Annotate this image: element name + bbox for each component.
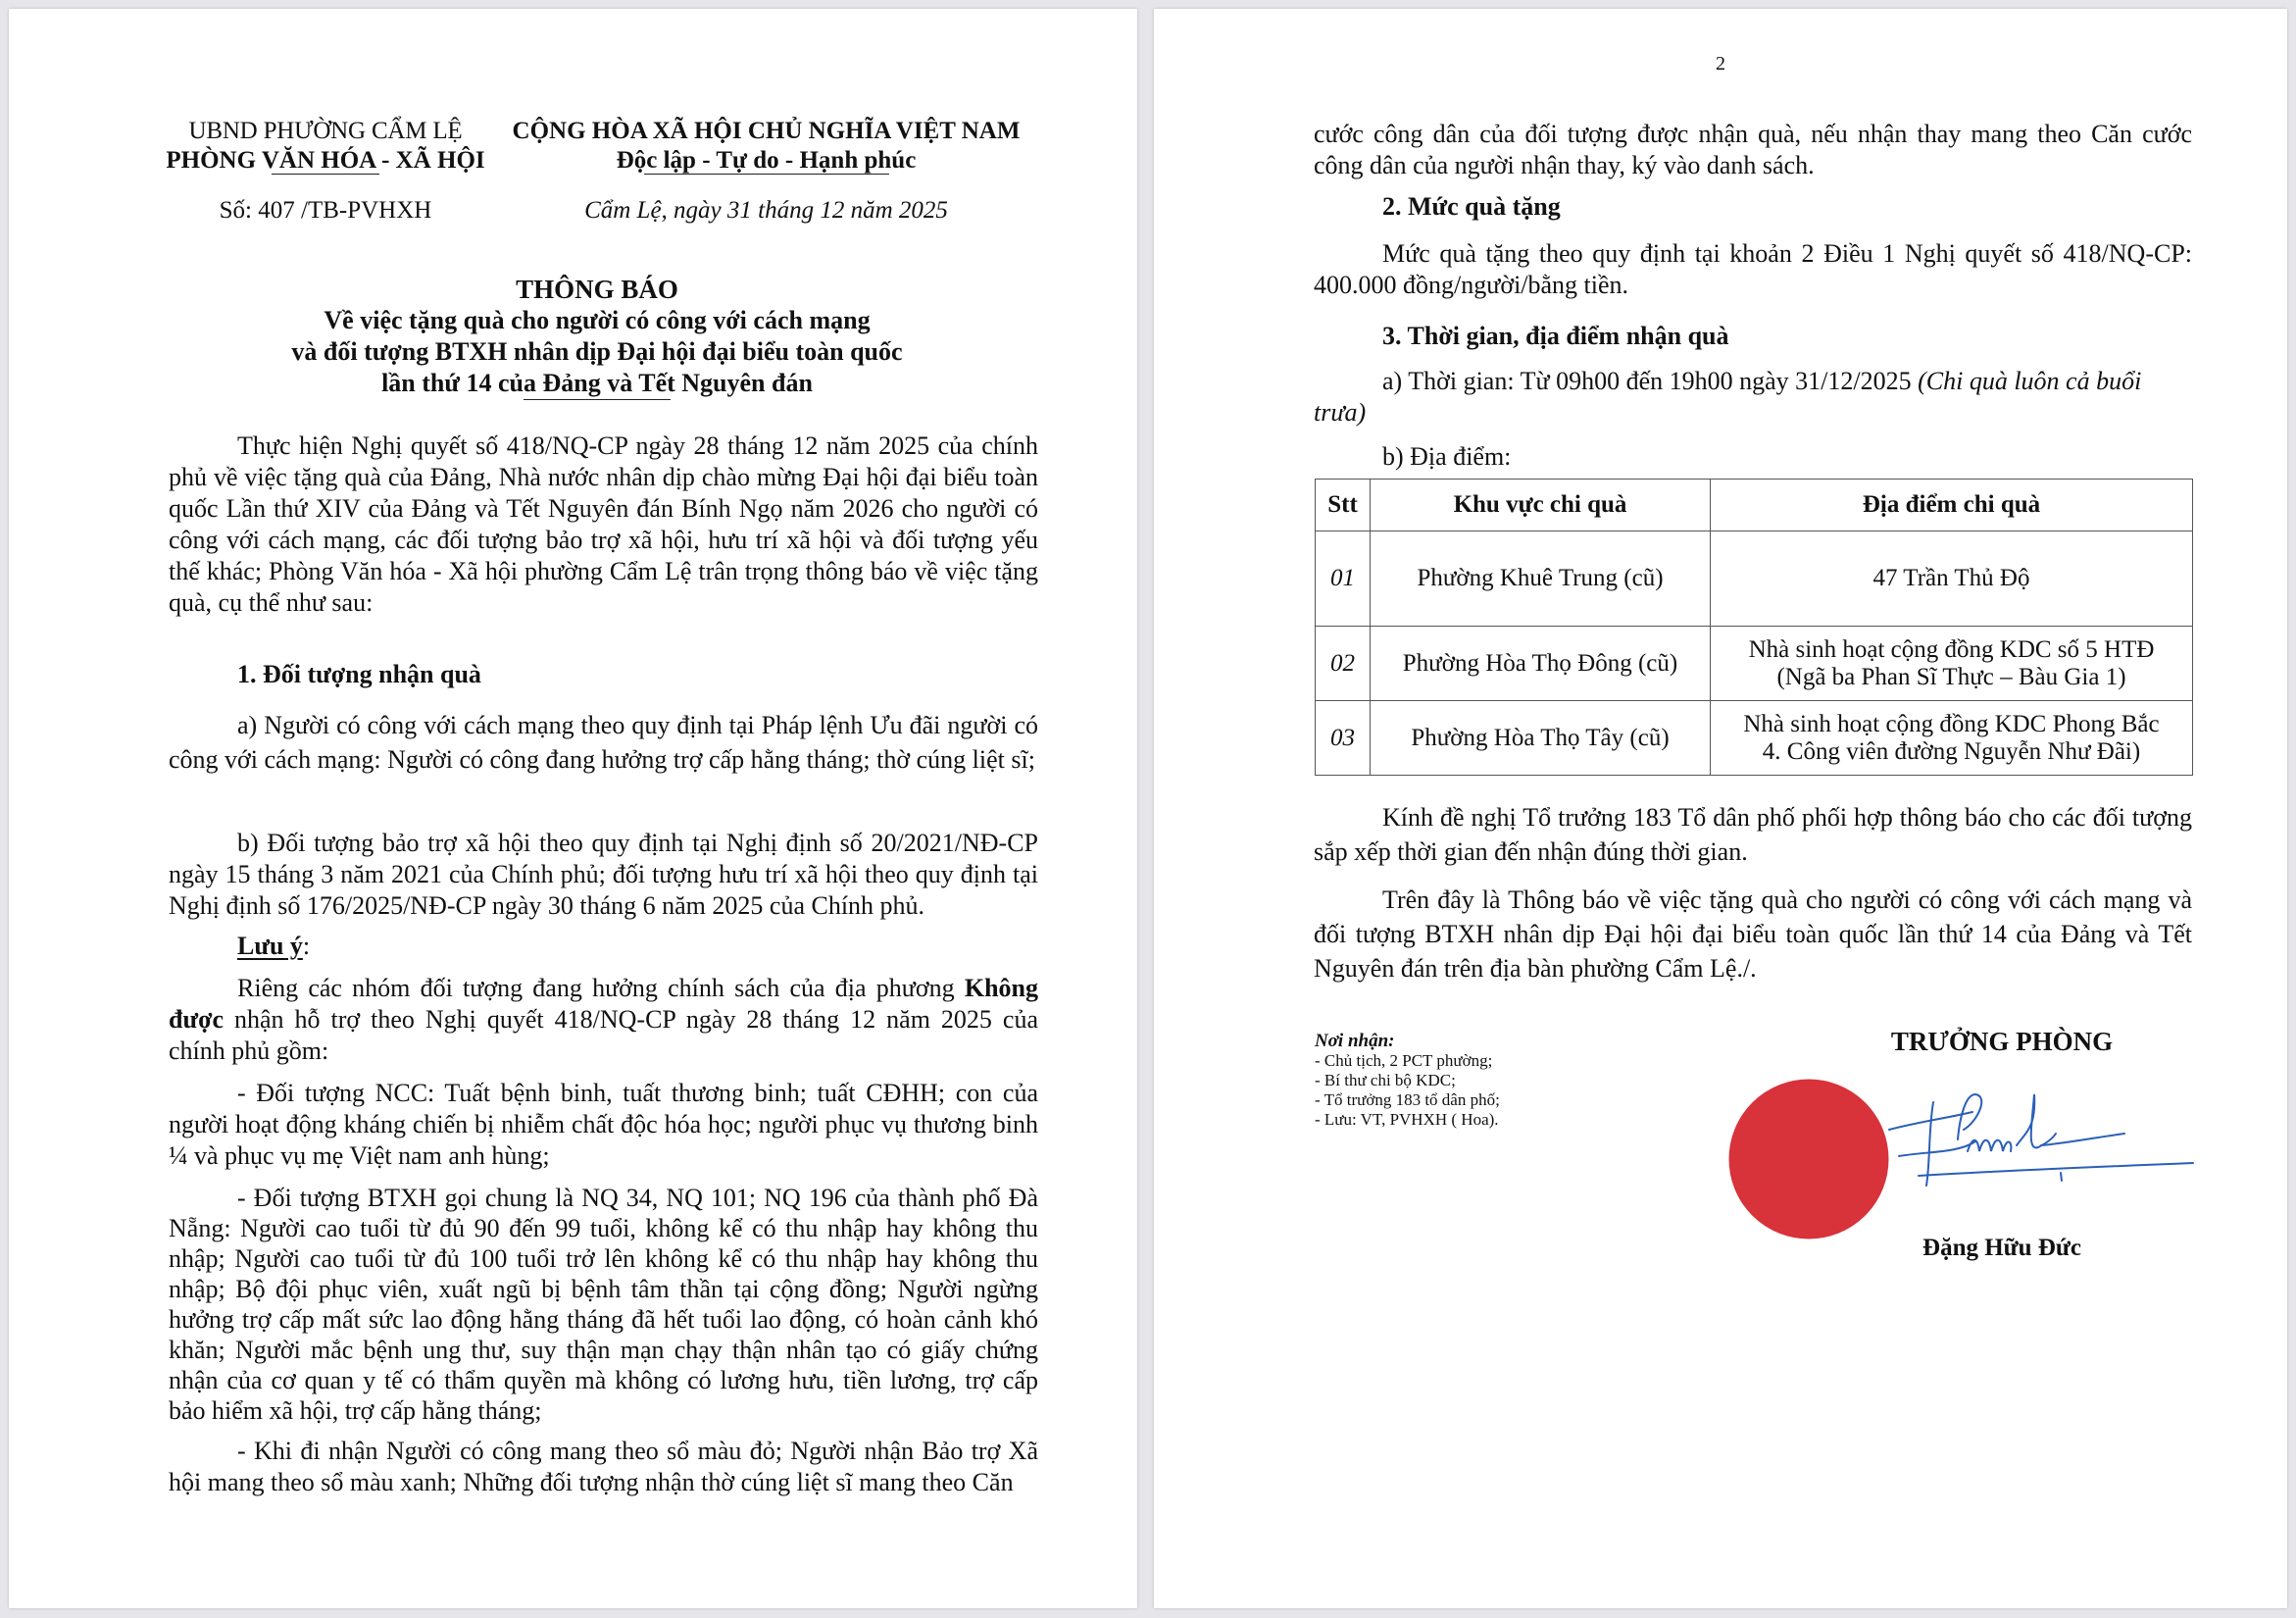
column-header-area: Khu vực chi quà [1371, 480, 1711, 531]
row-place: 47 Trần Thủ Độ [1711, 531, 2193, 627]
agency-name: PHÒNG VĂN HÓA - XÃ HỘI [117, 146, 534, 176]
document-page-1: UBND PHƯỜNG CẨM LỆ PHÒNG VĂN HÓA - XÃ HỘ… [9, 9, 1137, 1608]
place-label: b) Địa điểm: [1314, 441, 2261, 473]
document-number: Số: 407 /TB-PVHXH [117, 196, 534, 226]
row-area: Phường Hòa Thọ Tây (cũ) [1371, 701, 1711, 776]
row-place: Nhà sinh hoạt cộng đồng KDC Phong Bắc 4.… [1711, 701, 2193, 776]
document-page-2: 2 cước công dân của đối tượng được nhận … [1154, 9, 2287, 1608]
recipient-item-b: b) Đối tượng bảo trợ xã hội theo quy địn… [169, 828, 1038, 922]
official-stamp-icon: CỘNG HÒA X.H.C.N VIỆT NAM P. CẨM LỆ - T.… [1725, 1076, 1892, 1242]
note-intro-post: nhận hỗ trợ theo Nghị quyết 418/NQ-CP ng… [169, 1005, 1038, 1065]
table-row: 01 Phường Khuê Trung (cũ) 47 Trần Thủ Độ [1316, 531, 2193, 627]
recipients-block: Nơi nhận: - Chủ tịch, 2 PCT phường; - Bí… [1315, 1032, 1500, 1130]
continuation-paragraph: cước công dân của đối tượng được nhận qu… [1314, 119, 2192, 181]
closing-paragraph: Trên đây là Thông báo về việc tặng quà c… [1314, 883, 2192, 986]
title-main: THÔNG BÁO [166, 274, 1028, 305]
note-intro: Riêng các nhóm đối tượng đang hưởng chín… [169, 973, 1038, 1067]
row-place: Nhà sinh hoạt cộng đồng KDC số 5 HTĐ (Ng… [1711, 627, 2193, 701]
page-number: 2 [1154, 53, 2287, 76]
handwritten-signature-icon [1879, 1083, 2203, 1210]
row-area: Phường Khuê Trung (cũ) [1371, 531, 1711, 627]
time-line: a) Thời gian: Từ 09h00 đến 19h00 ngày 31… [1314, 366, 2192, 429]
note-label: Lưu ý [237, 932, 303, 960]
recipient-item: - Lưu: VT, PVHXH ( Hoa). [1315, 1110, 1500, 1130]
row-place-line-1: 47 Trần Thủ Độ [1715, 565, 2188, 592]
agency-parent: UBND PHƯỜNG CẨM LỆ [117, 117, 534, 146]
table-header-row: Stt Khu vực chi quà Địa điểm chi quà [1316, 480, 2193, 531]
document-title: THÔNG BÁO Về việc tặng quà cho người có … [166, 274, 1028, 400]
recipients-heading: Nơi nhận: [1315, 1032, 1500, 1051]
table-row: 03 Phường Hòa Thọ Tây (cũ) Nhà sinh hoạt… [1316, 701, 2193, 776]
title-underline [524, 399, 671, 400]
stamp-center-1: PHÒNG [1781, 1133, 1835, 1150]
recipient-item: - Bí thư chi bộ KDC; [1315, 1071, 1500, 1090]
national-motto: Độc lập - Tự do - Hạnh phúc [489, 146, 1043, 176]
column-header-stt: Stt [1316, 480, 1371, 531]
row-place-line-1: Nhà sinh hoạt cộng đồng KDC số 5 HTĐ [1715, 636, 2188, 664]
row-stt: 01 [1316, 531, 1371, 627]
row-place-line-1: Nhà sinh hoạt cộng đồng KDC Phong Bắc [1715, 711, 2188, 738]
note-intro-pre: Riêng các nhóm đối tượng đang hưởng chín… [237, 974, 965, 1002]
column-header-place: Địa điểm chi quà [1711, 480, 2193, 531]
section-3-heading: 3. Thời gian, địa điểm nhận quà [1314, 321, 2261, 352]
title-line-3: lần thứ 14 của Đảng và Tết Nguyên đán [166, 368, 1028, 399]
row-stt: 02 [1316, 627, 1371, 701]
note-documents: - Khi đi nhận Người có công mang theo sổ… [169, 1436, 1038, 1498]
section-1-heading: 1. Đối tượng nhận quà [169, 659, 1107, 690]
stamp-center-3: - XÃ HỘI [1779, 1172, 1839, 1189]
row-area: Phường Hòa Thọ Đông (cũ) [1371, 627, 1711, 701]
svg-text:★: ★ [1871, 1156, 1879, 1167]
time-label: a) Thời gian: Từ 09h00 đến 19h00 ngày 31… [1382, 367, 1918, 395]
row-place-line-2: (Ngã ba Phan Sĩ Thực – Bàu Gia 1) [1715, 664, 2188, 691]
row-stt: 03 [1316, 701, 1371, 776]
row-place-line-2: 4. Công viên đường Nguyễn Như Đãi) [1715, 738, 2188, 766]
issuing-agency-block: UBND PHƯỜNG CẨM LỆ PHÒNG VĂN HÓA - XÃ HỘ… [117, 117, 534, 226]
signer-title: TRƯỞNG PHÒNG [1830, 1027, 2173, 1057]
recipient-item-a: a) Người có công với cách mạng theo quy … [169, 708, 1038, 777]
section-2-body: Mức quà tặng theo quy định tại khoản 2 Đ… [1314, 238, 2192, 301]
note-btxh: - Đối tượng BTXH gọi chung là NQ 34, NQ … [169, 1183, 1038, 1426]
request-paragraph: Kính đề nghị Tổ trưởng 183 Tổ dân phố ph… [1314, 800, 2192, 869]
note-colon: : [303, 932, 310, 960]
nation-name: CỘNG HÒA XÃ HỘI CHỦ NGHĨA VIỆT NAM [489, 117, 1043, 146]
recipient-item: - Tổ trưởng 183 tổ dân phố; [1315, 1090, 1500, 1110]
recipient-item: - Chủ tịch, 2 PCT phường; [1315, 1051, 1500, 1071]
title-line-1: Về việc tặng quà cho người có công với c… [166, 305, 1028, 336]
section-2-heading: 2. Mức quà tặng [1314, 191, 2261, 223]
place-date: Cẩm Lệ, ngày 31 tháng 12 năm 2025 [489, 196, 1043, 226]
intro-paragraph: Thực hiện Nghị quyết số 418/NQ-CP ngày 2… [169, 430, 1038, 619]
table-row: 02 Phường Hòa Thọ Đông (cũ) Nhà sinh hoạ… [1316, 627, 2193, 701]
gift-locations-table: Stt Khu vực chi quà Địa điểm chi quà 01 … [1315, 479, 2193, 776]
national-header-block: CỘNG HÒA XÃ HỘI CHỦ NGHĨA VIỆT NAM Độc l… [489, 117, 1043, 226]
note-label-line: Lưu ý: [169, 931, 1107, 962]
title-line-2: và đối tượng BTXH nhân dịp Đại hội đại b… [166, 336, 1028, 368]
signer-name: Đặng Hữu Đức [1830, 1235, 2173, 1262]
svg-text:★: ★ [1739, 1156, 1748, 1167]
note-ncc: - Đối tượng NCC: Tuất bệnh binh, tuất th… [169, 1078, 1038, 1172]
stamp-center-2: VĂN HÓA [1774, 1152, 1842, 1170]
